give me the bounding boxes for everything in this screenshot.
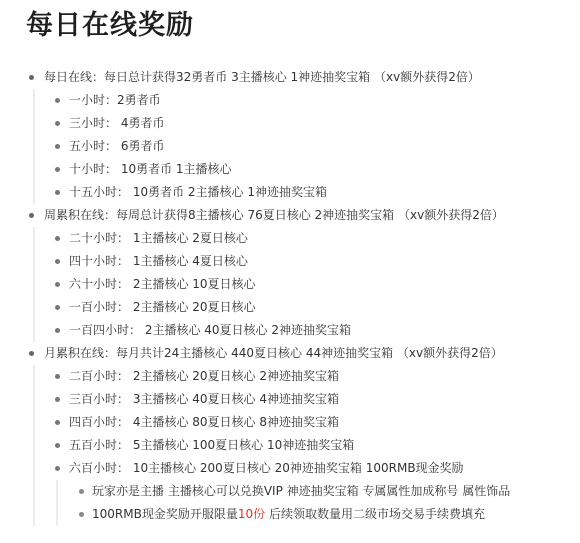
item-label: 十五小时： bbox=[69, 185, 129, 199]
item-label: 二百小时： bbox=[69, 369, 129, 383]
item-value: 2勇者币 bbox=[117, 93, 161, 107]
list-item: 十小时： 10勇者币 1主播核心 bbox=[46, 158, 580, 181]
section-summary: 每月共计24主播核心 440夏日核心 44神迹抽奖宝箱 （xv额外获得2倍） bbox=[116, 346, 503, 360]
bullet-icon bbox=[55, 236, 60, 241]
item-value: 10主播核心 200夏日核心 20神迹抽奖宝箱 100RMB现金奖励 bbox=[129, 461, 464, 475]
bullet-icon bbox=[55, 466, 60, 471]
list-item: 三小时： 4勇者币 bbox=[46, 112, 580, 135]
item-value: 1主播核心 2夏日核心 bbox=[129, 231, 248, 245]
reward-list: 每日在线：每日总计获得32勇者币 3主播核心 1神迹抽奖宝箱 （xv额外获得2倍… bbox=[26, 66, 580, 526]
bullet-icon bbox=[55, 282, 60, 287]
bullet-icon bbox=[55, 144, 60, 149]
section-label: 月累积在线： bbox=[44, 346, 116, 360]
item-label: 一百四小时： bbox=[69, 323, 141, 337]
section-label: 每日在线： bbox=[44, 70, 104, 84]
item-label: 六百小时： bbox=[69, 461, 129, 475]
bullet-icon bbox=[55, 167, 60, 172]
list-item: 四百小时： 4主播核心 80夏日核心 8神迹抽奖宝箱 bbox=[46, 411, 580, 434]
note-text-post: 后续领取数量用二级市场交易手续费填充 bbox=[265, 507, 485, 521]
document: 每日在线奖励 每日在线：每日总计获得32勇者币 3主播核心 1神迹抽奖宝箱 （x… bbox=[0, 0, 580, 526]
weekly-items: 二十小时： 1主播核心 2夏日核心 四十小时： 1主播核心 4夏日核心 六十小时… bbox=[33, 227, 580, 342]
bullet-icon bbox=[55, 420, 60, 425]
item-value: 2主播核心 20夏日核心 2神迹抽奖宝箱 bbox=[129, 369, 339, 383]
list-item: 四十小时： 1主播核心 4夏日核心 bbox=[46, 250, 580, 273]
item-value: 10勇者币 2主播核心 1神迹抽奖宝箱 bbox=[129, 185, 327, 199]
monthly-items: 二百小时： 2主播核心 20夏日核心 2神迹抽奖宝箱 三百小时： 3主播核心 4… bbox=[33, 365, 580, 526]
section-label: 周累积在线： bbox=[44, 208, 116, 222]
item-label: 一百小时： bbox=[69, 300, 129, 314]
item-label: 四十小时： bbox=[69, 254, 129, 268]
bullet-icon bbox=[55, 443, 60, 448]
list-item: 一小时：2勇者币 bbox=[46, 89, 580, 112]
bullet-icon bbox=[55, 98, 60, 103]
bullet-icon bbox=[55, 259, 60, 264]
bullet-icon bbox=[29, 213, 34, 218]
item-value: 4勇者币 bbox=[117, 116, 164, 130]
list-item: 一百四小时： 2主播核心 40夏日核心 2神迹抽奖宝箱 bbox=[46, 319, 580, 342]
item-label: 三百小时： bbox=[69, 392, 129, 406]
list-item: 五百小时： 5主播核心 100夏日核心 10神迹抽奖宝箱 bbox=[46, 434, 580, 457]
item-label: 三小时： bbox=[69, 116, 117, 130]
item-label: 五百小时： bbox=[69, 438, 129, 452]
list-item: 六百小时： 10主播核心 200夏日核心 20神迹抽奖宝箱 100RMB现金奖励… bbox=[46, 457, 580, 526]
item-label: 五小时： bbox=[69, 139, 117, 153]
item-value: 5主播核心 100夏日核心 10神迹抽奖宝箱 bbox=[129, 438, 354, 452]
bullet-icon bbox=[55, 121, 60, 126]
item-label: 一小时： bbox=[69, 93, 117, 107]
item-value: 3主播核心 40夏日核心 4神迹抽奖宝箱 bbox=[129, 392, 339, 406]
notes-list: 玩家亦是主播 主播核心可以兑换VIP 神迹抽奖宝箱 专属属性加成称号 属性饰品 … bbox=[56, 480, 580, 526]
bullet-icon bbox=[29, 351, 34, 356]
item-value: 4主播核心 80夏日核心 8神迹抽奖宝箱 bbox=[129, 415, 339, 429]
note-text-pre: 100RMB现金奖励开服限量 bbox=[92, 507, 238, 521]
bullet-icon bbox=[55, 374, 60, 379]
bullet-icon bbox=[55, 305, 60, 310]
item-value: 1主播核心 4夏日核心 bbox=[129, 254, 248, 268]
highlight-quantity: 10份 bbox=[238, 507, 265, 521]
item-value: 2主播核心 40夏日核心 2神迹抽奖宝箱 bbox=[141, 323, 351, 337]
page-title: 每日在线奖励 bbox=[26, 0, 580, 46]
bullet-icon bbox=[55, 328, 60, 333]
list-item: 十五小时： 10勇者币 2主播核心 1神迹抽奖宝箱 bbox=[46, 181, 580, 204]
list-item: 三百小时： 3主播核心 40夏日核心 4神迹抽奖宝箱 bbox=[46, 388, 580, 411]
item-label: 四百小时： bbox=[69, 415, 129, 429]
note-item: 玩家亦是主播 主播核心可以兑换VIP 神迹抽奖宝箱 专属属性加成称号 属性饰品 bbox=[71, 480, 580, 503]
list-item: 二十小时： 1主播核心 2夏日核心 bbox=[46, 227, 580, 250]
bullet-icon bbox=[79, 512, 84, 517]
item-label: 六十小时： bbox=[69, 277, 129, 291]
list-item: 二百小时： 2主播核心 20夏日核心 2神迹抽奖宝箱 bbox=[46, 365, 580, 388]
bullet-icon bbox=[79, 489, 84, 494]
section-summary: 每日总计获得32勇者币 3主播核心 1神迹抽奖宝箱 （xv额外获得2倍） bbox=[104, 70, 480, 84]
list-item: 六十小时： 2主播核心 10夏日核心 bbox=[46, 273, 580, 296]
item-value: 6勇者币 bbox=[117, 139, 164, 153]
item-value: 10勇者币 1主播核心 bbox=[117, 162, 232, 176]
bullet-icon bbox=[55, 397, 60, 402]
item-value: 2主播核心 20夏日核心 bbox=[129, 300, 256, 314]
bullet-icon bbox=[29, 75, 34, 80]
section-summary: 每周总计获得8主播核心 76夏日核心 2神迹抽奖宝箱 （xv额外获得2倍） bbox=[116, 208, 504, 222]
list-item: 五小时： 6勇者币 bbox=[46, 135, 580, 158]
section-monthly-online: 月累积在线：每月共计24主播核心 440夏日核心 44神迹抽奖宝箱 （xv额外获… bbox=[26, 342, 580, 526]
section-daily-online: 每日在线：每日总计获得32勇者币 3主播核心 1神迹抽奖宝箱 （xv额外获得2倍… bbox=[26, 66, 580, 204]
note-text: 玩家亦是主播 主播核心可以兑换VIP 神迹抽奖宝箱 专属属性加成称号 属性饰品 bbox=[92, 484, 510, 498]
item-label: 二十小时： bbox=[69, 231, 129, 245]
note-item: 100RMB现金奖励开服限量10份 后续领取数量用二级市场交易手续费填充 bbox=[71, 503, 580, 526]
daily-items: 一小时：2勇者币 三小时： 4勇者币 五小时： 6勇者币 十小时： 10勇者币 … bbox=[33, 89, 580, 204]
list-item: 一百小时： 2主播核心 20夏日核心 bbox=[46, 296, 580, 319]
item-label: 十小时： bbox=[69, 162, 117, 176]
item-value: 2主播核心 10夏日核心 bbox=[129, 277, 256, 291]
section-weekly-online: 周累积在线：每周总计获得8主播核心 76夏日核心 2神迹抽奖宝箱 （xv额外获得… bbox=[26, 204, 580, 342]
bullet-icon bbox=[55, 190, 60, 195]
